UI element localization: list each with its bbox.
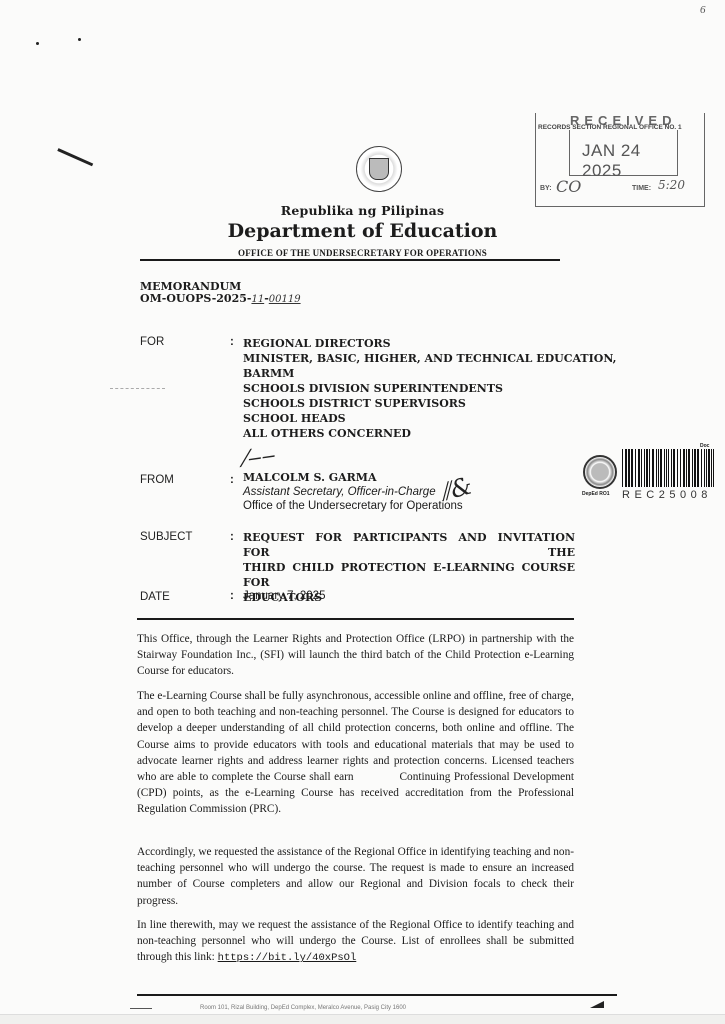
from-title: Assistant Secretary, Officer-in-Charge [243,485,436,499]
date-value: January 7, 2025 [243,589,325,603]
subject-line: REQUEST FOR PARTICIPANTS AND INVITATION … [243,530,575,560]
scan-dot [78,38,81,41]
records-seal-icon [583,455,617,489]
deped-seal-icon [356,146,402,192]
page-number: 6 [700,4,706,16]
enrollment-link[interactable]: https://bit.ly/40xPsOl [218,952,357,964]
stamp-by-label: BY: [540,185,552,192]
recipient: BARMM [243,366,617,381]
from-label: FROM [140,474,174,486]
for-colon: : [230,336,234,348]
stamp-date-box: JAN 24 2025 [569,130,678,176]
received-stamp: RECEIVED RECORDS SECTION REGIONAL OFFICE… [535,113,705,207]
stamp-date: JAN 24 2025 [582,141,677,181]
barcode-number: REC25008 [622,489,712,501]
from-colon: : [230,474,234,486]
scan-mark [57,148,93,166]
footer-mark [130,1008,152,1009]
memo-number-hand-2: 00119 [269,294,301,305]
recipient: MINISTER, BASIC, HIGHER, AND TECHNICAL E… [243,351,617,366]
paragraph-3: Accordingly, we requested the assistance… [137,844,574,909]
stamp-time-label: TIME: [632,185,651,192]
barcode-icon [622,449,715,487]
recipient: SCHOOLS DIVISION SUPERINTENDENTS [243,381,617,396]
recipient: SCHOOL HEADS [243,411,617,426]
from-name: MALCOLM S. GARMA [243,470,377,485]
department-title: Department of Education [0,220,725,242]
barcode-dept: DepEd RO1 [582,491,610,497]
scan-dash [110,388,165,389]
recipient: ALL OTHERS CONCERNED [243,426,617,441]
subject-label: SUBJECT [140,531,192,543]
footer-divider [137,994,617,996]
for-recipients: REGIONAL DIRECTORS MINISTER, BASIC, HIGH… [243,336,617,441]
paragraph-2-part-a: The e-Learning Course shall be fully asy… [137,690,574,783]
memo-number-prefix: OM-OUOPS-2025- [140,292,251,305]
office-line: OFFICE OF THE UNDERSECRETARY FOR OPERATI… [0,248,725,258]
from-office: Office of the Undersecretary for Operati… [243,499,463,513]
initials-signature: ⫽& [437,471,475,506]
recipient: SCHOOLS DISTRICT SUPERVISORS [243,396,617,411]
scan-edge [0,1014,725,1024]
paragraph-2: The e-Learning Course shall be fully asy… [137,688,574,818]
footer-address: Room 101, Rizal Building, DepEd Complex,… [200,1005,406,1011]
subject-colon: : [230,531,234,543]
signature-flourish: ⁄‒‒ [242,443,277,472]
footer-logo-icon [590,1001,604,1008]
body-divider [137,618,574,620]
for-label: FOR [140,336,164,348]
republic-line: Republika ng Pilipinas [0,203,725,218]
date-colon: : [230,590,234,602]
recipient: REGIONAL DIRECTORS [243,336,617,351]
date-label: DATE [140,591,170,603]
memo-number-hand-1: 11 [251,294,264,305]
stamp-by-signature: CO [556,177,581,196]
scan-dot [36,42,39,45]
paragraph-4: In line therewith, may we request the as… [137,917,574,967]
stamp-time-value: 5:20 [658,178,685,192]
header-divider [140,259,560,261]
memo-number: OM-OUOPS-2025-11-00119 [140,292,301,305]
paragraph-1: This Office, through the Learner Rights … [137,631,574,680]
subject-line: THIRD CHILD PROTECTION E-LEARNING COURSE… [243,560,575,590]
